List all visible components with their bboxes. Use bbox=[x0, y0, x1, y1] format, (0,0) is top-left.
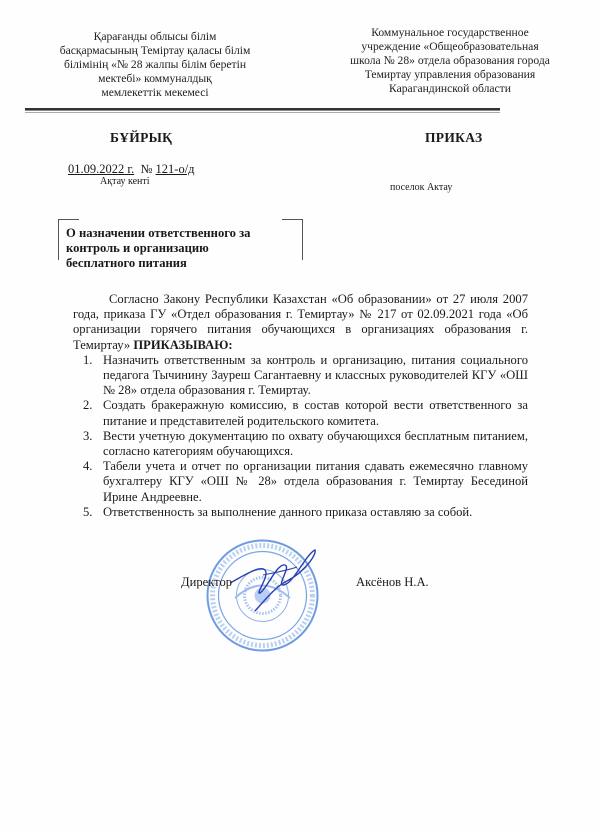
subject-line: контроль и организацию bbox=[66, 241, 306, 256]
subject-line: бесплатного питания bbox=[66, 256, 306, 271]
item-number: 3. bbox=[83, 429, 92, 444]
item-text: Ответственность за выполнение данного пр… bbox=[103, 505, 472, 519]
item-number: 1. bbox=[83, 353, 92, 368]
place-kz: Ақтау кенті bbox=[100, 176, 150, 187]
header-divider bbox=[25, 108, 500, 111]
item-text: Назначить ответственным за контроль и ор… bbox=[103, 353, 528, 397]
document-page: Қарағанды облысы білім басқармасының Тем… bbox=[0, 0, 600, 832]
directive: ПРИКАЗЫВАЮ: bbox=[133, 338, 232, 352]
header-line: басқармасының Теміртау қаласы білім bbox=[30, 44, 280, 58]
order-subject: О назначении ответственного за контроль … bbox=[66, 226, 306, 271]
order-body: Согласно Закону Республики Казахстан «Об… bbox=[73, 292, 528, 520]
place-ru: поселок Актау bbox=[390, 182, 452, 193]
subject-line: О назначении ответственного за bbox=[66, 226, 306, 241]
signature-icon bbox=[225, 545, 320, 615]
list-item: 1.Назначить ответственным за контроль и … bbox=[103, 353, 528, 399]
signer-role: Директор bbox=[181, 575, 232, 590]
list-item: 3.Вести учетную документацию по охвату о… bbox=[103, 429, 528, 459]
item-number: 5. bbox=[83, 505, 92, 520]
item-number: 2. bbox=[83, 398, 92, 413]
order-title-kz: БҰЙРЫҚ bbox=[110, 130, 172, 146]
number-sign: № bbox=[140, 162, 152, 176]
signer-name: Аксёнов Н.А. bbox=[356, 575, 429, 590]
list-item: 5.Ответственность за выполнение данного … bbox=[103, 505, 528, 520]
header-line: білімінің «№ 28 жалпы білім беретін bbox=[30, 58, 280, 72]
header-line: мемлекеттік мекемесі bbox=[30, 86, 280, 100]
header-org-ru: Коммунальное государственное учреждение … bbox=[325, 26, 575, 96]
item-number: 4. bbox=[83, 459, 92, 474]
header-line: Темиртау управления образования bbox=[325, 68, 575, 82]
header-line: Карагандинской области bbox=[325, 82, 575, 96]
item-text: Создать бракеражную комиссию, в состав к… bbox=[103, 398, 528, 427]
header-line: Коммунальное государственное bbox=[325, 26, 575, 40]
item-text: Вести учетную документацию по охвату обу… bbox=[103, 429, 528, 458]
list-item: 2.Создать бракеражную комиссию, в состав… bbox=[103, 398, 528, 428]
order-date-number: 01.09.2022 г. № 121-о/д bbox=[68, 162, 195, 177]
header-org-kz: Қарағанды облысы білім басқармасының Тем… bbox=[30, 30, 280, 100]
header-divider-thin bbox=[25, 112, 500, 113]
order-items: 1.Назначить ответственным за контроль и … bbox=[73, 353, 528, 520]
header-line: Қарағанды облысы білім bbox=[30, 30, 280, 44]
preamble: Согласно Закону Республики Казахстан «Об… bbox=[73, 292, 528, 353]
header-line: мектебі» коммуналдық bbox=[30, 72, 280, 86]
order-title-ru: ПРИКАЗ bbox=[425, 130, 482, 146]
header-line: учреждение «Общеобразовательная bbox=[325, 40, 575, 54]
order-date: 01.09.2022 г. bbox=[68, 162, 134, 176]
item-text: Табели учета и отчет по организации пита… bbox=[103, 459, 528, 503]
list-item: 4.Табели учета и отчет по организации пи… bbox=[103, 459, 528, 505]
order-number: 121-о/д bbox=[156, 162, 195, 176]
header-line: школа № 28» отдела образования города bbox=[325, 54, 575, 68]
